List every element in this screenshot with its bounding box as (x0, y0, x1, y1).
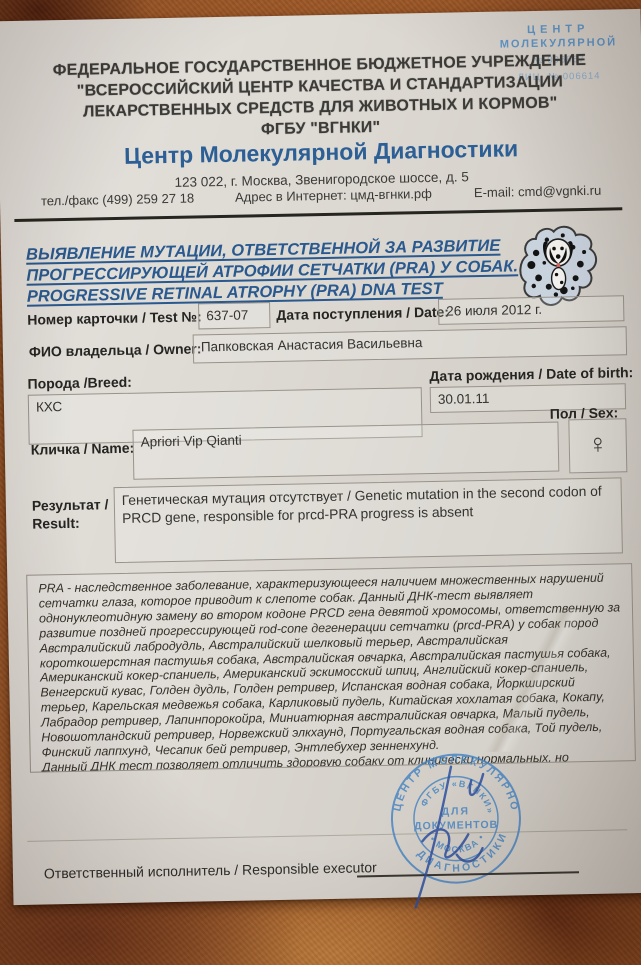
test-number-value: 637-07 (198, 302, 270, 329)
fold-line (27, 829, 627, 842)
responsible-executor-label: Ответственный исполнитель / Responsible … (44, 859, 377, 881)
website: Адрес в Интернет: цмд-вгнки.рф (235, 186, 432, 205)
test-description-box: PRA - наследственное заболевание, характ… (26, 563, 636, 773)
breed-label: Порода /Breed: (27, 374, 132, 392)
pet-name-label: Кличка / Name: (31, 440, 135, 458)
date-received-label: Дата поступления / Date: (276, 304, 449, 323)
executor-signature (393, 761, 536, 912)
female-symbol: ♀ (568, 418, 627, 473)
owner-label: ФИО владельца / Owner: (29, 340, 202, 359)
date-received-value: 26 июля 2012 г. (438, 295, 624, 325)
email: E-mail: cmd@vgnki.ru (474, 183, 602, 200)
pet-name-value: Apriori Vip Qianti (132, 422, 559, 480)
result-label: Результат / Result: (32, 495, 109, 532)
test-number-label: Номер карточки / Test №: (27, 308, 202, 327)
phone-fax: тел./факс (499) 259 27 18 (41, 191, 194, 209)
certificate-paper: ЦЕНТР МОЛЕКУЛЯРНОЙ № 006867 ЛИЦ. № 00661… (0, 9, 641, 905)
owner-value: Папковская Анастасия Васильевна (193, 326, 627, 363)
birth-date-label: Дата рождения / Date of birth: (429, 364, 633, 384)
organization-header: ФЕДЕРАЛЬНОЕ ГОСУДАРСТВЕННОЕ БЮДЖЕТНОЕ УЧ… (0, 49, 641, 145)
result-label-en: Result: (32, 515, 80, 532)
description-paragraph-1: PRA - наследственное заболевание, характ… (38, 570, 623, 760)
header-divider (14, 207, 622, 222)
result-value: Генетическая мутация отсутствует / Genet… (114, 477, 623, 563)
result-label-ru: Результат / (32, 496, 109, 513)
document-title: ВЫЯВЛЕНИЕ МУТАЦИИ, ОТВЕТСТВЕННОЙ ЗА РАЗВ… (26, 235, 519, 307)
